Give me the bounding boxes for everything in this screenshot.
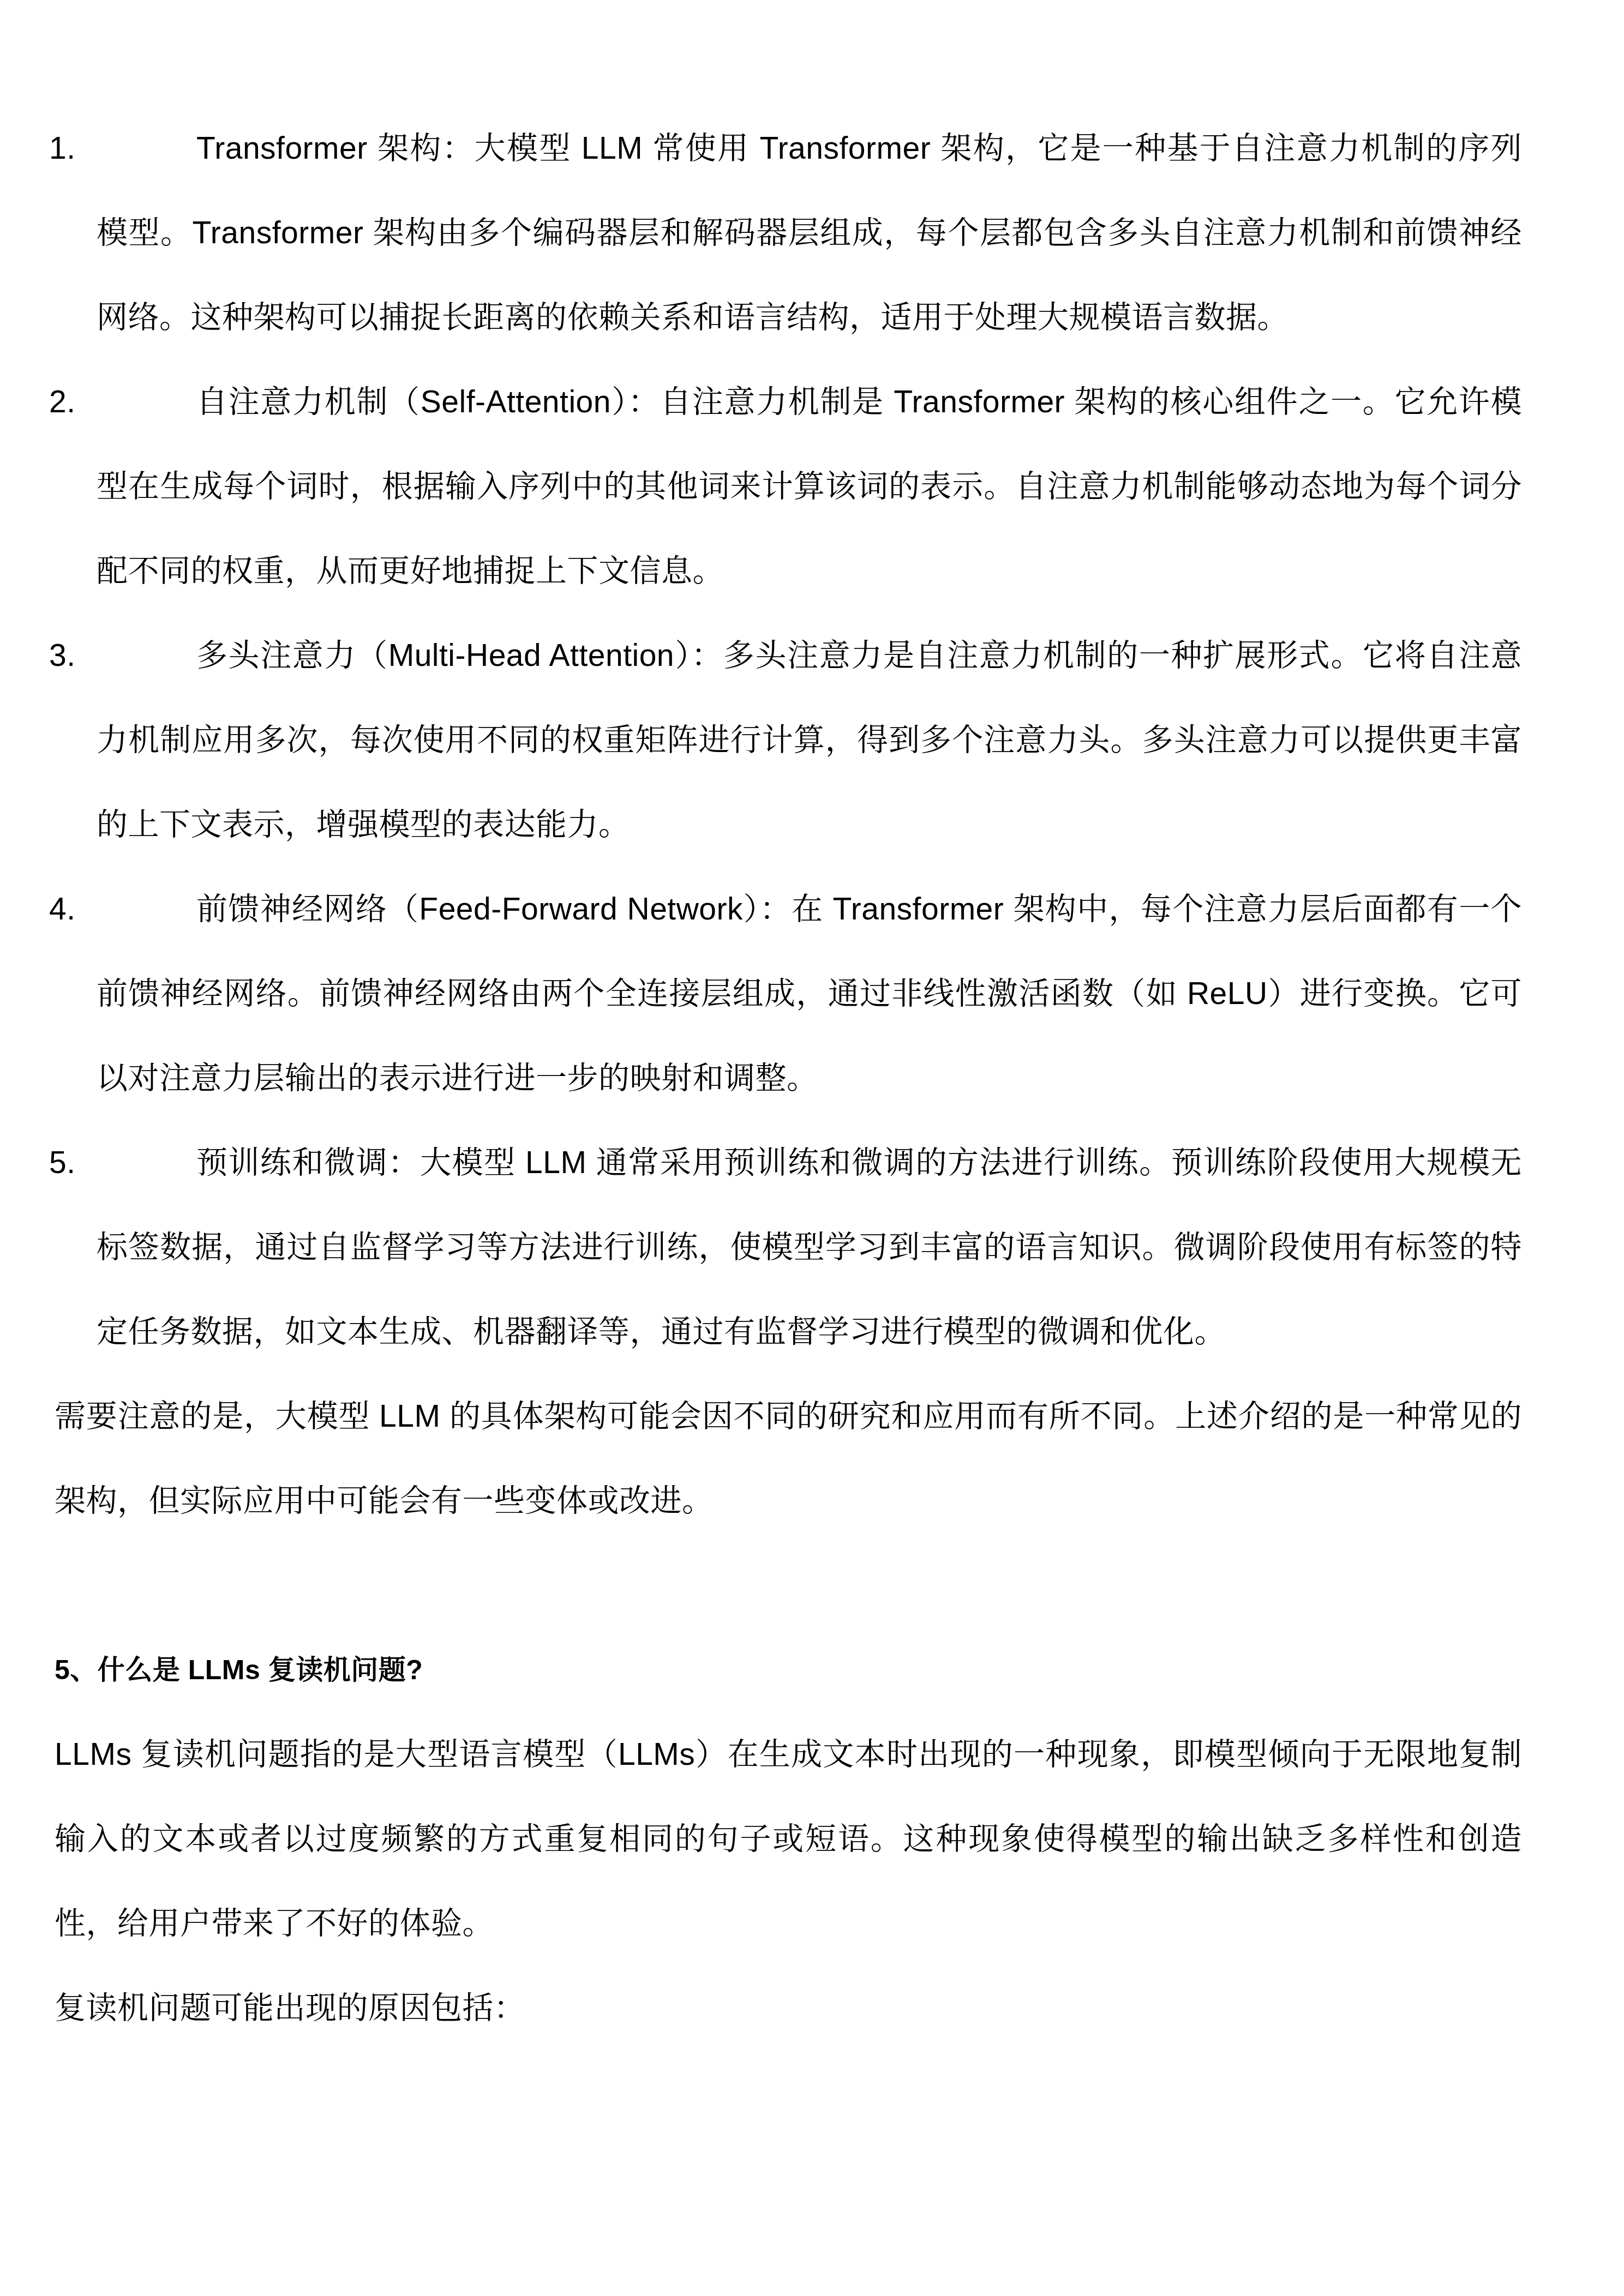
note-paragraph: 需要注意的是，大模型 LLM 的具体架构可能会因不同的研究和应用而有所不同。上述… xyxy=(55,1374,1522,1543)
list-item-1-number: 1. xyxy=(49,106,76,191)
list-item-5-number: 5. xyxy=(49,1121,76,1205)
list-item-2: 2.自注意力机制（Self-Attention）：自注意力机制是 Transfo… xyxy=(97,360,1522,614)
list-item-5-text: 预训练和微调：大模型 LLM 通常采用预训练和微调的方法进行训练。预训练阶段使用… xyxy=(97,1145,1522,1349)
list-item-5: 5.预训练和微调：大模型 LLM 通常采用预训练和微调的方法进行训练。预训练阶段… xyxy=(97,1121,1522,1374)
list-item-2-number: 2. xyxy=(49,360,76,444)
list-item-1-text: Transformer 架构：大模型 LLM 常使用 Transformer 架… xyxy=(97,131,1522,335)
list-item-3-number: 3. xyxy=(49,614,76,698)
document-page: 1.Transformer 架构：大模型 LLM 常使用 Transformer… xyxy=(0,0,1624,2296)
section-paragraph-2: 复读机问题可能出现的原因包括： xyxy=(55,1966,1522,2051)
section-heading: 5、什么是 LLMs 复读机问题? xyxy=(55,1628,1522,1712)
list-item-3-text: 多头注意力（Multi-Head Attention）：多头注意力是自注意力机制… xyxy=(97,638,1522,842)
list-item-1: 1.Transformer 架构：大模型 LLM 常使用 Transformer… xyxy=(97,106,1522,360)
list-item-3: 3.多头注意力（Multi-Head Attention）：多头注意力是自注意力… xyxy=(97,614,1522,867)
list-item-4-text: 前馈神经网络（Feed-Forward Network）：在 Transform… xyxy=(97,892,1522,1096)
list-item-4: 4.前馈神经网络（Feed-Forward Network）：在 Transfo… xyxy=(97,867,1522,1121)
list-item-4-number: 4. xyxy=(49,867,76,952)
list-item-2-text: 自注意力机制（Self-Attention）：自注意力机制是 Transform… xyxy=(97,384,1522,588)
section-paragraph-1: LLMs 复读机问题指的是大型语言模型（LLMs）在生成文本时出现的一种现象，即… xyxy=(55,1712,1522,1966)
